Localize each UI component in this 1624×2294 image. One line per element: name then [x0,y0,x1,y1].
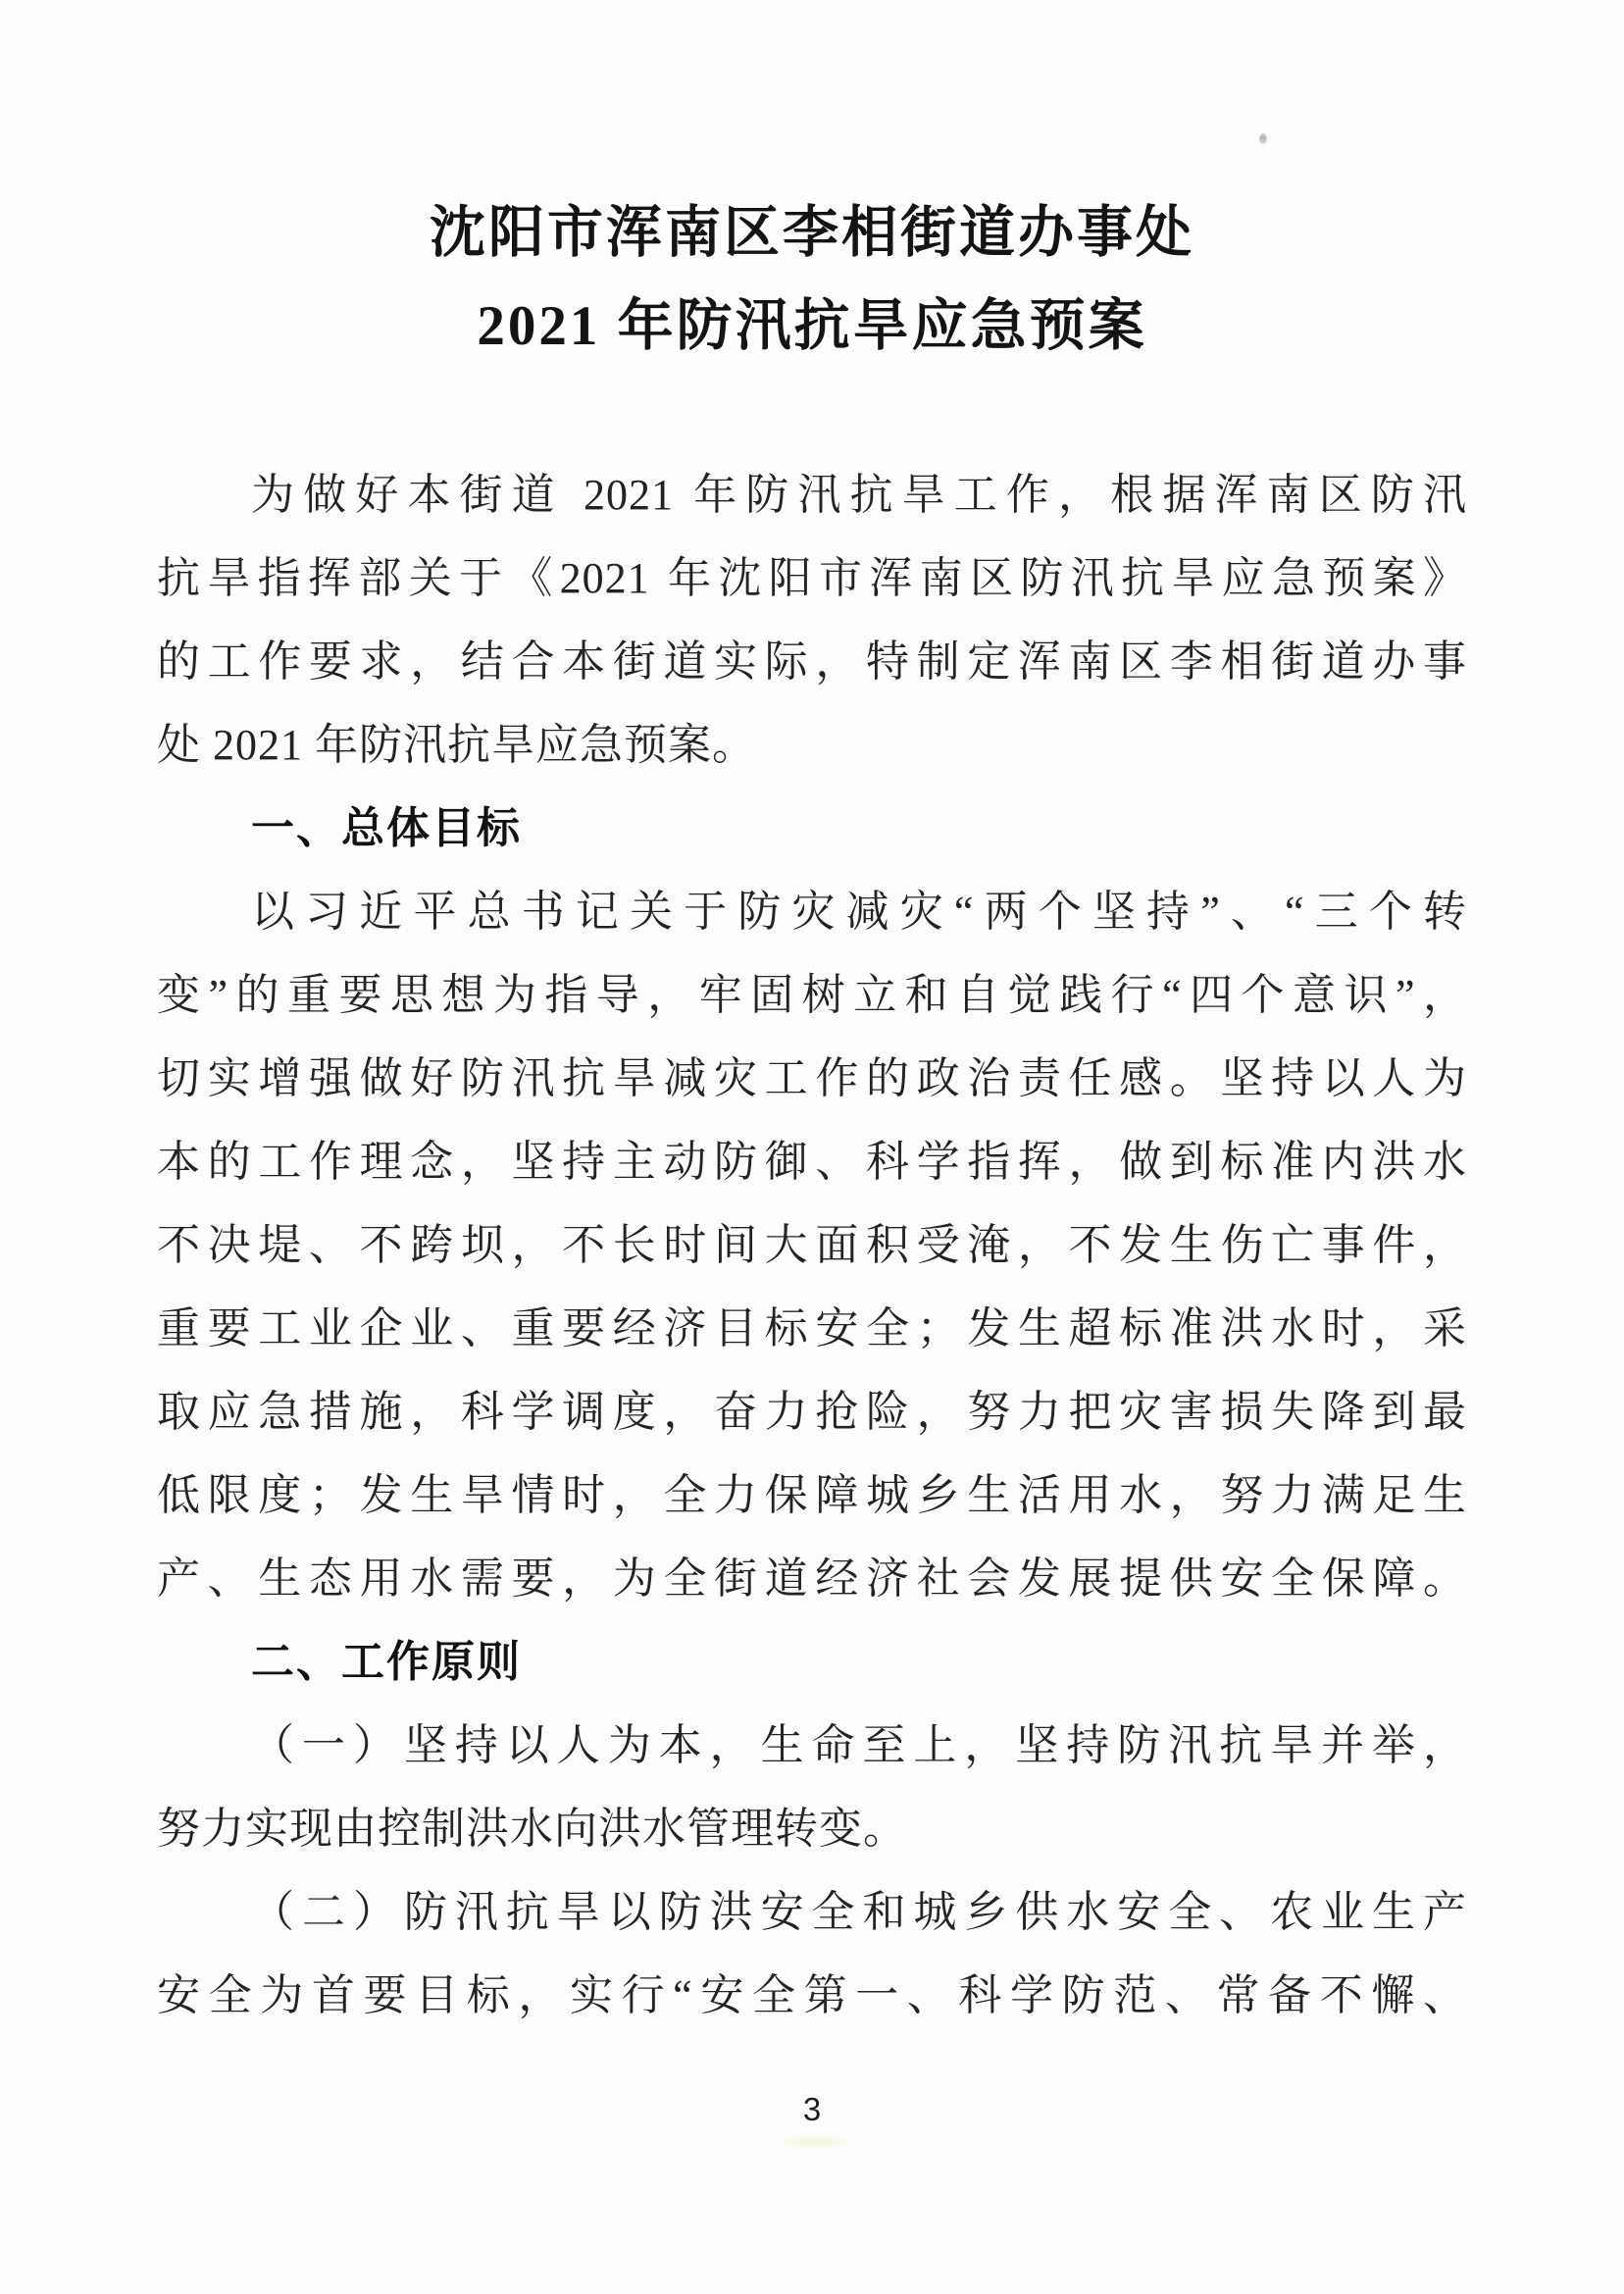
document-title: 沈阳市浑南区李相街道办事处 2021 年防汛抗旱应急预案 [0,186,1624,373]
body-line: 为做好本街道 2021 年防汛抗旱工作，根据浑南区防汛 [157,453,1467,536]
section-heading-2: 二、工作原则 [157,1620,1467,1704]
body-line: 的工作要求，结合本街道实际，特制定浑南区李相街道办事 [157,620,1467,703]
document-title-line2: 2021 年防汛抗旱应急预案 [0,280,1624,373]
body-line: 本的工作理念，坚持主动防御、科学指挥，做到标准内洪水 [157,1120,1467,1203]
body-line: 产、生态用水需要，为全街道经济社会发展提供安全保障。 [157,1537,1467,1620]
document-page: 沈阳市浑南区李相街道办事处 2021 年防汛抗旱应急预案 为做好本街道 2021… [0,0,1624,2294]
body-line: 努力实现由控制洪水向洪水管理转变。 [157,1787,1467,1870]
scan-smudge-artifact [780,2134,848,2150]
document-title-line1: 沈阳市浑南区李相街道办事处 [0,186,1624,280]
body-line: 切实增强做好防汛抗旱减灾工作的政治责任感。坚持以人为 [157,1037,1467,1120]
section-heading-1: 一、总体目标 [157,787,1467,870]
body-line: 处 2021 年防汛抗旱应急预案。 [157,703,1467,787]
body-line: 不决堤、不跨坝，不长时间大面积受淹，不发生伤亡事件， [157,1203,1467,1287]
scan-speck-artifact [1259,133,1267,144]
document-body: 为做好本街道 2021 年防汛抗旱工作，根据浑南区防汛 抗旱指挥部关于《2021… [157,453,1467,2037]
body-line: （二）防汛抗旱以防洪安全和城乡供水安全、农业生产 [157,1870,1467,1954]
body-line: 变”的重要思想为指导，牢固树立和自觉践行“四个意识”， [157,953,1467,1037]
page-number: 3 [0,2087,1624,2132]
body-line: 重要工业企业、重要经济目标安全；发生超标准洪水时，采 [157,1287,1467,1370]
body-line: （一）坚持以人为本，生命至上，坚持防汛抗旱并举， [157,1704,1467,1787]
body-line: 以习近平总书记关于防灾减灾“两个坚持”、“三个转 [157,870,1467,953]
body-line: 抗旱指挥部关于《2021 年沈阳市浑南区防汛抗旱应急预案》 [157,536,1467,620]
body-line: 低限度；发生旱情时，全力保障城乡生活用水，努力满足生 [157,1453,1467,1537]
body-line: 安全为首要目标，实行“安全第一、科学防范、常备不懈、 [157,1954,1467,2037]
body-line: 取应急措施，科学调度，奋力抢险，努力把灾害损失降到最 [157,1370,1467,1453]
